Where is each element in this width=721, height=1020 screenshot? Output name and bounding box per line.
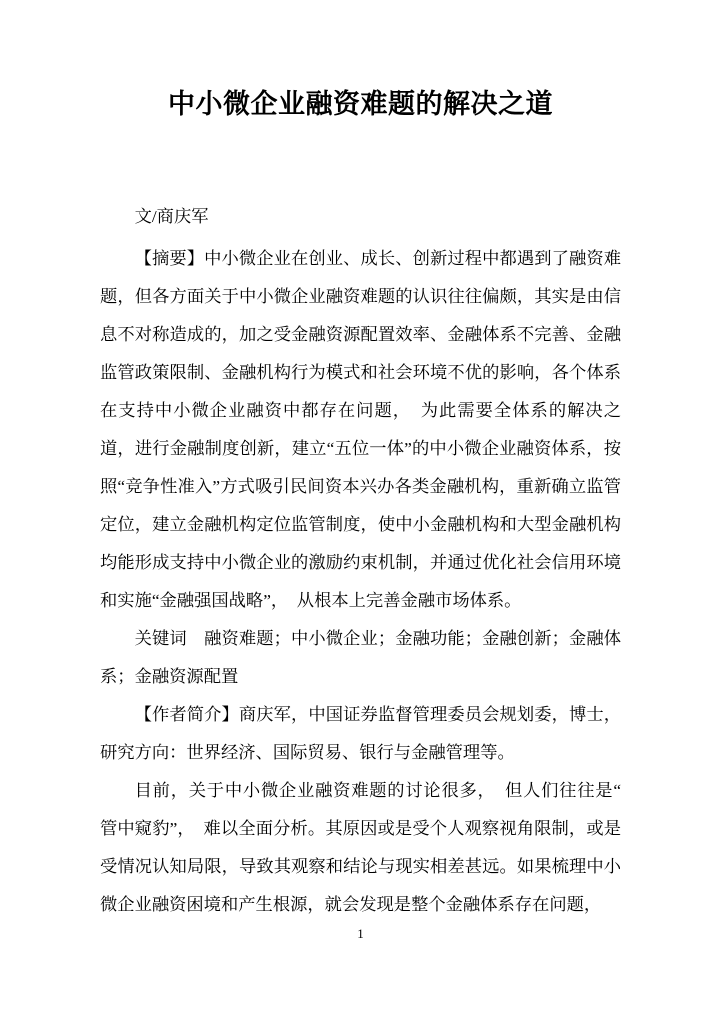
author-bio-paragraph: 【作者简介】商庆军，中国证券监督管理委员会规划委，博士，研究方向：世界经济、国际… — [100, 696, 621, 772]
document-title: 中小微企业融资难题的解决之道 — [100, 0, 621, 122]
page-number: 1 — [0, 924, 721, 944]
keywords-paragraph: 关键词 融资难题；中小微企业；金融功能；金融创新；金融体系；金融资源配置 — [100, 620, 621, 696]
byline: 文/商庆军 — [100, 198, 621, 236]
document-content: 中小微企业融资难题的解决之道 文/商庆军 【摘要】中小微企业在创业、成长、创新过… — [100, 0, 621, 924]
body-paragraph: 目前，关于中小微企业融资难题的讨论很多， 但人们往往是“ 管中窥豹”， 难以全面… — [100, 772, 621, 924]
abstract-paragraph: 【摘要】中小微企业在创业、成长、创新过程中都遇到了融资难题，但各方面关于中小微企… — [100, 240, 621, 620]
document-page: 中小微企业融资难题的解决之道 文/商庆军 【摘要】中小微企业在创业、成长、创新过… — [0, 0, 721, 1020]
